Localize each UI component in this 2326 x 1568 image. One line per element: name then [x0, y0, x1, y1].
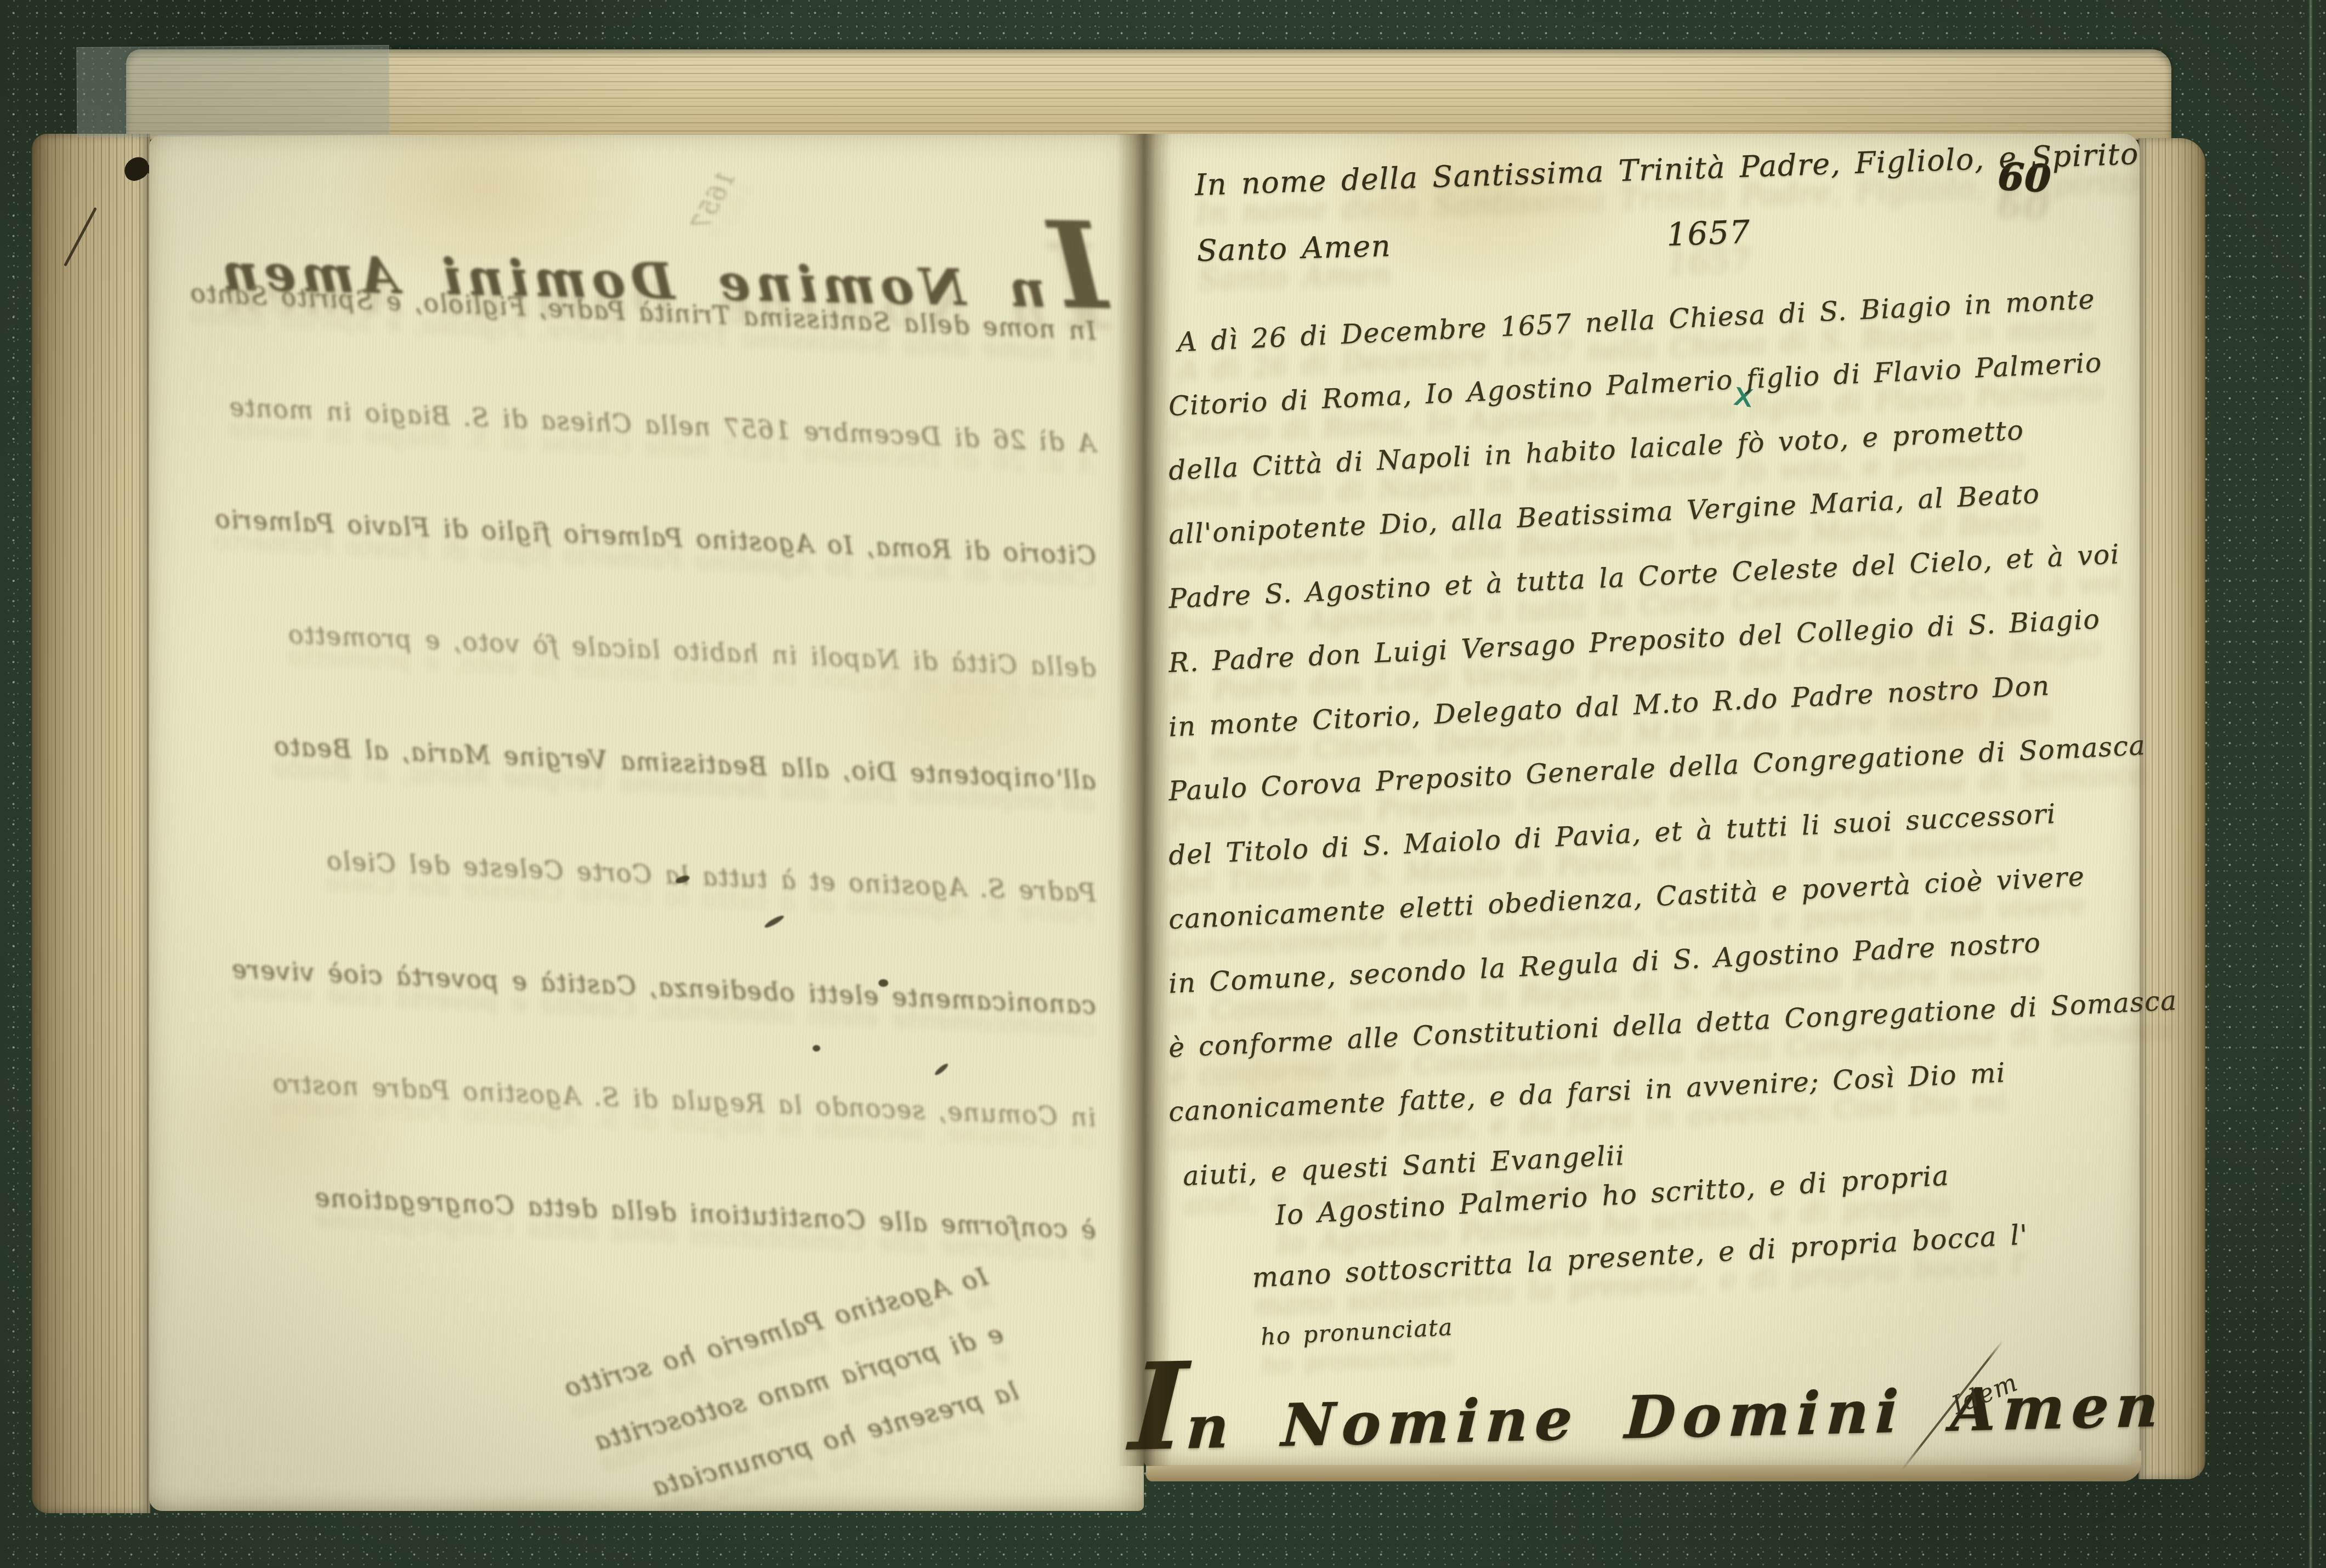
mirrored-line: in Comune, secondo la Regula di S. Agost… [271, 1068, 1097, 1132]
body-line: Padre S. Agostino et à tutta la Corte Ce… [1168, 538, 2120, 615]
body-line: all'onipotente Dio, alla Beatissima Verg… [1168, 478, 2041, 550]
photographed-manuscript-scan: { "photo": { "surface": "dark green spec… [0, 0, 2326, 1568]
body-line: in monte Citorio, Delegato dal M.to R.do… [1168, 670, 2051, 743]
left-page-bleedthrough: 1657 In Nomine Domini Amen In nome della… [149, 135, 1144, 1511]
edge-pen-mark [64, 207, 97, 266]
mirrored-line: Citorio di Roma, Io Agostino Palmerio fi… [214, 504, 1097, 570]
body-line: è conforme alle Constitutioni della dett… [1168, 985, 2178, 1064]
mirrored-line: Padre S. Agostino et à tutta la Corte Ce… [325, 845, 1097, 907]
attestation-line: mano sottoscritta la presente, e di prop… [1251, 1219, 2029, 1294]
body-line: R. Padre don Luigi Versago Preposito del… [1168, 604, 2101, 679]
invocation-line-2: Santo Amen [1196, 229, 1392, 268]
mirrored-line: è conforme alle Constitutioni della dett… [314, 1182, 1097, 1245]
mirrored-signature-block: Io Agostino Palmerio ho scritto e di pro… [557, 1247, 1025, 1531]
mirrored-line: della Città di Napoli in habito laicale … [287, 619, 1097, 683]
body-line: del Titolo di S. Maiolo di Pavia, et à t… [1168, 798, 2057, 871]
book-left-fore-edge [32, 134, 150, 1513]
translucent-film-strip [76, 45, 389, 137]
body-line: A dì 26 di Decembre 1657 nella Chiesa di… [1177, 283, 2096, 358]
book-gutter [1116, 134, 1171, 1466]
ink-fleck [878, 979, 888, 987]
body-line: canonicamente fatte, e da farsi in avven… [1168, 1057, 2006, 1128]
right-page: 60 In nome della Santissima Trinità Padr… [1144, 134, 2140, 1465]
mat-edge-line [2308, 0, 2313, 1568]
body-line: canonicamente eletti obedienza, Castità … [1168, 861, 2086, 935]
left-page: 1657 In Nomine Domini Amen In nome della… [149, 135, 1144, 1511]
year: 1657 [1666, 213, 1751, 253]
mirrored-line: all'onipotente Dio, alla Beatissima Verg… [273, 731, 1097, 795]
body-line: della Città di Napoli in habito laicale … [1168, 414, 2025, 486]
ink-blot [121, 154, 152, 184]
body-line: Paulo Corova Preposito Generale della Co… [1168, 730, 2146, 807]
mirrored-line: canonicamente eletti obedienza, Castità … [230, 954, 1097, 1020]
book-right-fore-edge [2138, 138, 2205, 1479]
body-line: in Comune, secondo la Regula di S. Agost… [1168, 927, 2041, 999]
mirrored-line: A dì 26 di Decembre 1657 nella Chiesa di… [228, 392, 1097, 458]
book-top-page-edges [126, 49, 2171, 140]
body-line: Citorio di Roma, Io Agostino Palmerio fi… [1168, 347, 2103, 422]
ink-fleck [813, 1045, 820, 1052]
